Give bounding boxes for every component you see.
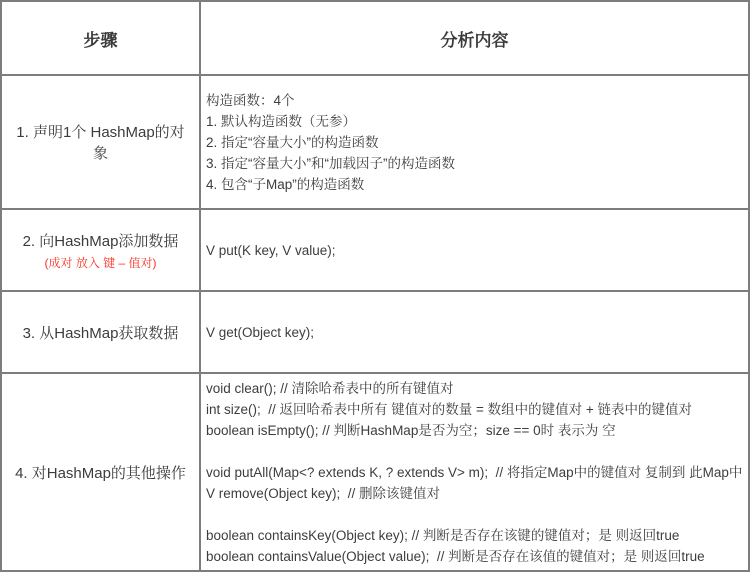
step-title-3: 3. 从HashMap获取数据: [23, 322, 179, 343]
content-line: 3. 指定“容量大小”和“加载因子”的构造函数: [206, 153, 744, 174]
content-line: 4. 包含“子Map”的构造函数: [206, 174, 744, 195]
step-cell-3: 3. 从HashMap获取数据: [2, 292, 201, 374]
content-line: V put(K key, V value);: [206, 240, 744, 261]
content-line: void clear(); // 清除哈希表中的所有键值对: [206, 378, 744, 399]
content-line: void putAll(Map<? extends K, ? extends V…: [206, 462, 744, 483]
content-line: 2. 指定“容量大小”的构造函数: [206, 132, 744, 153]
content-line: V get(Object key);: [206, 322, 744, 343]
content-column-header: 分析内容: [201, 2, 748, 76]
content-line: boolean isEmpty(); // 判断HashMap是否为空；size…: [206, 420, 744, 441]
content-line: int size(); // 返回哈希表中所有 键值对的数量 = 数组中的键值对…: [206, 399, 744, 420]
content-cell-4: void clear(); // 清除哈希表中的所有键值对 int size()…: [201, 374, 748, 570]
content-line: 1. 默认构造函数（无参）: [206, 111, 744, 132]
steps-column-header: 步骤: [2, 2, 201, 76]
step-title-2: 2. 向HashMap添加数据: [23, 230, 179, 251]
step-cell-2: 2. 向HashMap添加数据 (成对 放入 键 – 值对): [2, 210, 201, 292]
content-line-blank: [206, 504, 744, 525]
content-line: boolean containsKey(Object key); // 判断是否…: [206, 525, 744, 546]
content-cell-1: 构造函数：4个 1. 默认构造函数（无参） 2. 指定“容量大小”的构造函数 3…: [201, 76, 748, 210]
step-note-2: (成对 放入 键 – 值对): [44, 254, 156, 271]
content-line: 构造函数：4个: [206, 90, 744, 111]
content-line: V remove(Object key); // 删除该键值对: [206, 483, 744, 504]
step-cell-4: 4. 对HashMap的其他操作: [2, 374, 201, 570]
content-line: boolean containsValue(Object value); // …: [206, 546, 744, 567]
content-cell-2: V put(K key, V value);: [201, 210, 748, 292]
content-cell-3: V get(Object key);: [201, 292, 748, 374]
step-title-4: 4. 对HashMap的其他操作: [15, 462, 186, 483]
hashmap-analysis-table: 步骤 分析内容 1. 声明1个 HashMap的对象 构造函数：4个 1. 默认…: [0, 0, 750, 572]
content-line-blank: [206, 441, 744, 462]
step-title-1: 1. 声明1个 HashMap的对象: [10, 121, 191, 163]
step-cell-1: 1. 声明1个 HashMap的对象: [2, 76, 201, 210]
